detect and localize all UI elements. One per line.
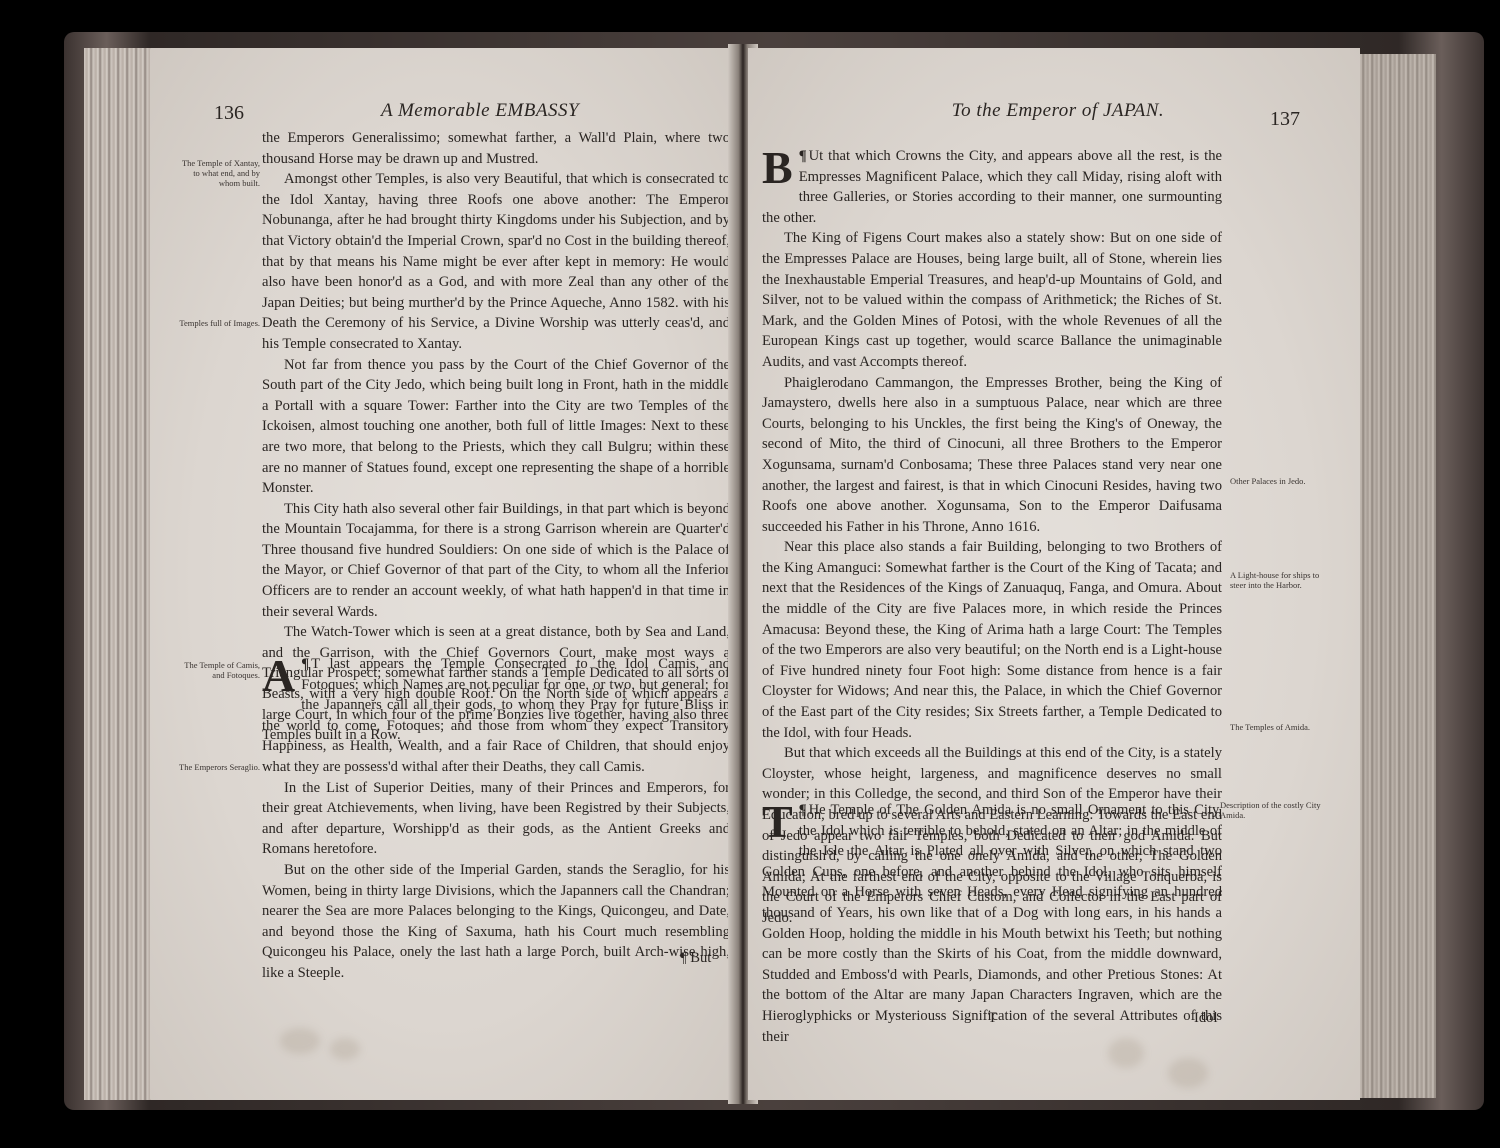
margin-note: Other Palaces in Jedo.: [1230, 476, 1330, 486]
drop-cap: A: [262, 656, 295, 696]
paragraph-with-dropcap: ¶BUt that which Crowns the City, and app…: [762, 146, 1222, 228]
paragraph: Amongst other Temples, is also very Beau…: [262, 169, 730, 354]
pilcrow-mark: ¶: [301, 656, 309, 672]
right-page: To the Emperor of JAPAN. 137 Other Palac…: [748, 48, 1360, 1100]
drop-cap: T: [762, 802, 793, 842]
margin-note: The Temple of Xantay, to what end, and b…: [174, 158, 260, 188]
paragraph: The King of Figens Court makes also a st…: [762, 228, 1222, 372]
page-edges-left: [84, 48, 156, 1100]
page-number: 136: [214, 102, 244, 125]
paragraph: This City hath also several other fair B…: [262, 499, 730, 623]
paragraph-text: T last appears the Temple Consecrated to…: [262, 656, 730, 775]
page-edges-right: [1356, 54, 1436, 1098]
pilcrow-mark: ¶: [799, 148, 807, 164]
margin-note: Temples full of Images.: [174, 318, 260, 328]
catchword: ¶ But: [680, 950, 711, 967]
stain: [330, 1038, 360, 1060]
paragraph: Phaiglerodano Cammangon, the Empresses B…: [762, 373, 1222, 538]
running-head: To the Emperor of JAPAN.: [868, 100, 1248, 122]
paragraph: Not far from thence you pass by the Cour…: [262, 355, 730, 499]
signature-mark: T: [988, 1010, 997, 1027]
paragraph: In the List of Superior Deities, many of…: [262, 778, 730, 860]
left-body-bottom: ¶AT last appears the Temple Consecrated …: [262, 654, 730, 984]
margin-note: The Emperors Seraglio.: [174, 762, 260, 772]
paragraph-with-dropcap: ¶AT last appears the Temple Consecrated …: [262, 654, 730, 778]
stain: [1168, 1058, 1208, 1088]
paragraph: Near this place also stands a fair Build…: [762, 537, 1222, 743]
pilcrow-mark: ¶: [799, 802, 807, 818]
margin-note: A Light-house for ships to steer into th…: [1230, 570, 1330, 590]
left-page: 136 A Memorable EMBASSY The Temple of Xa…: [150, 48, 738, 1100]
drop-cap: B: [762, 148, 793, 188]
margin-note: The Temple of Camis, and Fotoques.: [174, 660, 260, 680]
catchword: Idol: [1194, 1010, 1218, 1027]
paragraph: the Emperors Generalissimo; somewhat far…: [262, 128, 730, 169]
margin-note: The Temples of Amida.: [1230, 722, 1330, 732]
paragraph-text: He Temple of The Golden Amida is no smal…: [762, 802, 1222, 1045]
running-head: A Memorable EMBASSY: [270, 100, 690, 122]
paragraph-text: Ut that which Crowns the City, and appea…: [762, 148, 1222, 226]
paragraph: But on the other side of the Imperial Ga…: [262, 860, 730, 984]
stain: [280, 1028, 320, 1054]
margin-note: Description of the costly City Amida.: [1220, 800, 1330, 820]
page-number: 137: [1270, 108, 1300, 131]
